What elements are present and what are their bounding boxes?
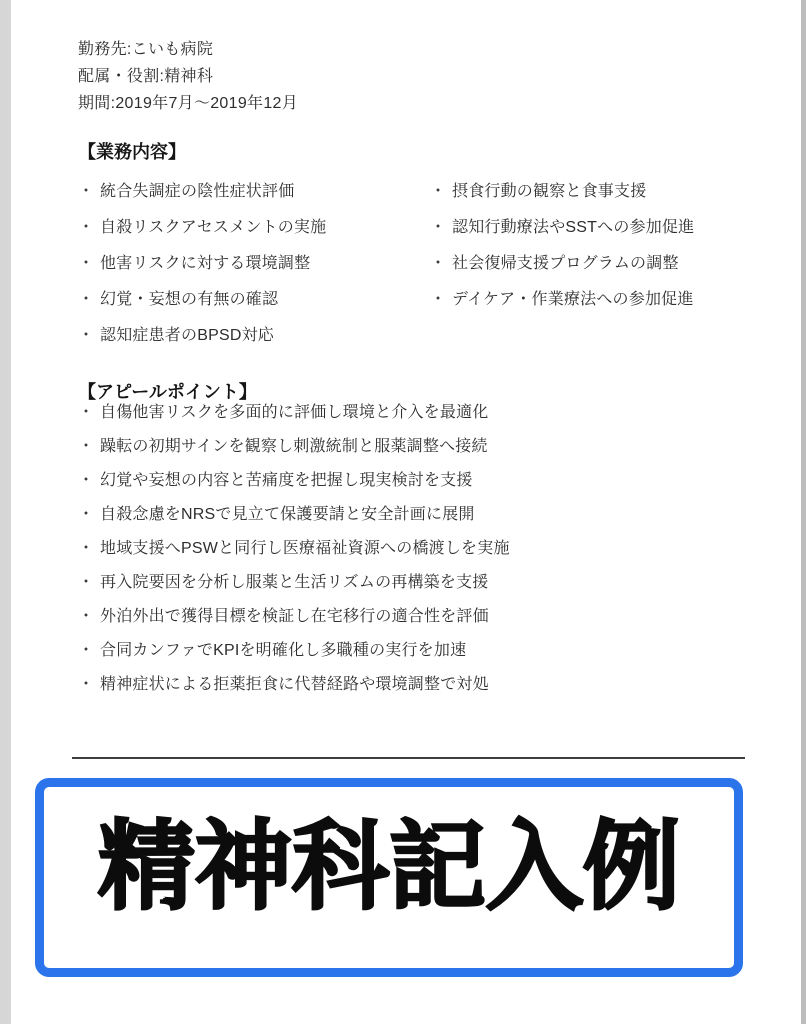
- list-item-text: 外泊外出で獲得目標を検証し在宅移行の適合性を評価: [100, 607, 489, 627]
- list-item-text: 摂食行動の観察と食事支援: [452, 182, 646, 202]
- list-item-text: 自傷他害リスクを多面的に評価し環境と介入を最適化: [100, 403, 488, 423]
- list-item: ・ 幻覚・妄想の有無の確認: [78, 290, 430, 310]
- bullet-icon: ・: [430, 218, 452, 238]
- list-item-text: 地域支援へPSWと同行し医療福祉資源への橋渡しを実施: [100, 539, 510, 559]
- bullet-icon: ・: [430, 254, 452, 274]
- bullet-icon: ・: [78, 607, 100, 627]
- list-item: ・ 地域支援へPSWと同行し医療福祉資源への橋渡しを実施: [78, 539, 754, 559]
- bullet-icon: ・: [78, 218, 100, 238]
- list-item: ・ 摂食行動の観察と食事支援: [430, 182, 754, 202]
- appeal-section-title: 【アピールポイント】: [78, 382, 754, 403]
- list-item: ・ 統合失調症の陰性症状評価: [78, 182, 430, 202]
- list-item: ・ 躁転の初期サインを観察し刺激統制と服薬調整へ接続: [78, 437, 754, 457]
- list-item: ・ 合同カンファでKPIを明確化し多職種の実行を加速: [78, 641, 754, 661]
- duties-list-right: ・ 摂食行動の観察と食事支援 ・ 認知行動療法やSSTへの参加促進 ・ 社会復帰…: [430, 182, 754, 362]
- list-item: ・ 自傷他害リスクを多面的に評価し環境と介入を最適化: [78, 403, 754, 423]
- list-item: ・ 自殺リスクアセスメントの実施: [78, 218, 430, 238]
- list-item: ・ 認知行動療法やSSTへの参加促進: [430, 218, 754, 238]
- list-item-text: 社会復帰支援プログラムの調整: [452, 254, 679, 274]
- bullet-icon: ・: [78, 539, 100, 559]
- employment-assignment: 配属・役割:精神科: [78, 63, 754, 90]
- list-item-text: 統合失調症の陰性症状評価: [100, 182, 294, 202]
- list-item-text: デイケア・作業療法への参加促進: [452, 290, 694, 310]
- bullet-icon: ・: [78, 505, 100, 525]
- bullet-icon: ・: [78, 437, 100, 457]
- list-item: ・ 認知症患者のBPSD対応: [78, 326, 430, 346]
- list-item-text: 合同カンファでKPIを明確化し多職種の実行を加速: [100, 641, 466, 661]
- list-item: ・ 幻覚や妄想の内容と苦痛度を把握し現実検討を支援: [78, 471, 754, 491]
- list-item-text: 幻覚や妄想の内容と苦痛度を把握し現実検討を支援: [100, 471, 473, 491]
- bullet-icon: ・: [78, 675, 100, 695]
- list-item: ・ 他害リスクに対する環境調整: [78, 254, 430, 274]
- bullet-icon: ・: [78, 403, 100, 423]
- duties-columns: ・ 統合失調症の陰性症状評価 ・ 自殺リスクアセスメントの実施 ・ 他害リスクに…: [78, 182, 754, 362]
- list-item-text: 認知行動療法やSSTへの参加促進: [452, 218, 694, 238]
- bullet-icon: ・: [78, 182, 100, 202]
- list-item: ・ 社会復帰支援プログラムの調整: [430, 254, 754, 274]
- duties-list-left: ・ 統合失調症の陰性症状評価 ・ 自殺リスクアセスメントの実施 ・ 他害リスクに…: [78, 182, 430, 362]
- list-item-text: 他害リスクに対する環境調整: [100, 254, 310, 274]
- employment-workplace: 勤務先:こいも病院: [78, 36, 754, 63]
- list-item: ・ 精神症状による拒薬拒食に代替経路や環境調整で対処: [78, 675, 754, 695]
- list-item: ・ 外泊外出で獲得目標を検証し在宅移行の適合性を評価: [78, 607, 754, 627]
- list-item: ・ 自殺念慮をNRSで見立て保護要請と安全計画に展開: [78, 505, 754, 525]
- duties-section-title: 【業務内容】: [78, 142, 754, 163]
- section-divider: [72, 757, 745, 759]
- list-item: ・ デイケア・作業療法への参加促進: [430, 290, 754, 310]
- bullet-icon: ・: [78, 326, 100, 346]
- list-item-text: 幻覚・妄想の有無の確認: [100, 290, 278, 310]
- list-item-text: 躁転の初期サインを観察し刺激統制と服薬調整へ接続: [100, 437, 488, 457]
- list-item-text: 自殺念慮をNRSで見立て保護要請と安全計画に展開: [100, 505, 475, 525]
- document-body: 勤務先:こいも病院 配属・役割:精神科 期間:2019年7月〜2019年12月 …: [78, 36, 754, 709]
- bullet-icon: ・: [430, 182, 452, 202]
- employment-period: 期間:2019年7月〜2019年12月: [78, 90, 754, 117]
- appeal-list: ・ 自傷他害リスクを多面的に評価し環境と介入を最適化 ・ 躁転の初期サインを観察…: [78, 403, 754, 709]
- list-item-text: 認知症患者のBPSD対応: [100, 326, 274, 346]
- bullet-icon: ・: [78, 641, 100, 661]
- list-item-text: 再入院要因を分析し服薬と生活リズムの再構築を支援: [100, 573, 488, 593]
- stamp-box: 精神科記入例: [35, 778, 743, 977]
- page-edge-left: [0, 0, 11, 1024]
- bullet-icon: ・: [78, 573, 100, 593]
- list-item-text: 精神症状による拒薬拒食に代替経路や環境調整で対処: [100, 675, 489, 695]
- bullet-icon: ・: [78, 254, 100, 274]
- page-edge-right: [801, 0, 806, 1024]
- list-item-text: 自殺リスクアセスメントの実施: [100, 218, 326, 238]
- bullet-icon: ・: [78, 471, 100, 491]
- list-item: ・ 再入院要因を分析し服薬と生活リズムの再構築を支援: [78, 573, 754, 593]
- stamp-label: 精神科記入例: [98, 788, 680, 928]
- bullet-icon: ・: [78, 290, 100, 310]
- bullet-icon: ・: [430, 290, 452, 310]
